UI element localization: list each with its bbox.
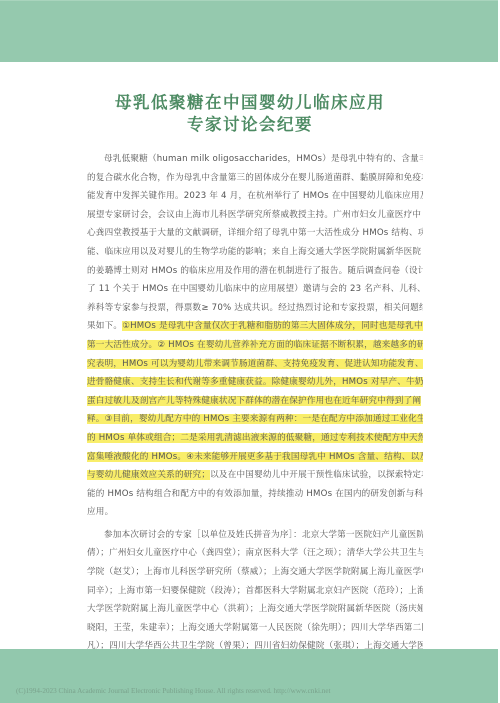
text-line: 同辛）；上海市第一妇婴保健院（段涛）；首都医科大学附属北京妇产医院（范玲）；上海… — [87, 582, 423, 601]
text-line: 应用。 — [87, 503, 423, 522]
text-line: 进骨骼健康、支持生长和代谢等多重健康获益。除健康婴幼儿外，HMOs 对早产、牛奶 — [87, 373, 423, 392]
text-line: 能发育中发挥关键作用。2023 年 4 月，在杭州举行了 HMOs 在中国婴幼儿… — [87, 187, 423, 206]
text-span: 能的 HMOs 结构组合和配方中的有效添加量，持续推动 HMOs 在国内的研发创… — [87, 489, 423, 499]
article-body: 母乳低聚糖（human milk oligosaccharides，HMOs）是… — [87, 150, 423, 693]
text-line: 学院（赵艾）；上海市儿科医学研究所（蔡威）；上海交通大学医学院附属上海儿童医学中… — [87, 563, 423, 582]
text-span: 母乳低聚糖（human milk oligosaccharides，HMOs）是… — [104, 154, 423, 164]
copyright-notice: (C)1994-2023 China Academic Journal Elec… — [16, 687, 331, 695]
text-line: 晓阳，王莹，朱建幸）；上海交通大学附属第一人民医院（徐先明）；四川大学华西第二医… — [87, 619, 423, 638]
text-line: 大学医学院附属上海儿童医学中心（洪莉）；上海交通大学医学院附属新华医院（汤庆娅，… — [87, 600, 423, 619]
text-line: 释。③目前，婴幼儿配方中的 HMOs 主要来源有两种：一是在配方中添加通过工业化… — [87, 410, 423, 429]
text-span: 的姜璐博士则对 HMOs 的临床应用及作用的潜在机制进行了报告。随后调查问卷（设… — [87, 266, 423, 276]
text-span: 了 11 个关于 HMOs 在中国婴幼儿临床中的应用展望）邀请与会的 23 名产… — [87, 284, 423, 294]
highlighted-text: 富集唾液酸化的 HMOs。④未来能够开展更多基于我国母乳中 HMOs 含量、结构… — [87, 452, 423, 462]
highlighted-text: 第一大活性成分。② HMOs 在婴幼儿营养补充方面的临床证据不断积累，越来越多的… — [87, 340, 423, 350]
highlighted-text: 究表明，HMOs 可以为婴幼儿带来调节肠道菌群、支持免疫发育、促进认知功能发育、… — [87, 359, 423, 369]
header-band — [0, 0, 498, 62]
text-line: 的姜璐博士则对 HMOs 的临床应用及作用的潜在机制进行了报告。随后调查问卷（设… — [87, 262, 423, 281]
paragraph-intro: 母乳低聚糖（human milk oligosaccharides，HMOs）是… — [87, 150, 423, 522]
text-span: 能发育中发挥关键作用。2023 年 4 月，在杭州举行了 HMOs 在中国婴幼儿… — [87, 191, 423, 201]
text-line: 养科等专家参与投票，得票数≥ 70% 达成共识。经过热烈讨论和专家投票，相关问题… — [87, 299, 423, 318]
highlighted-text: 的 HMOs 单体或组合；二是采用乳清滤出液来源的低聚糖，通过专利技术使配方中天… — [87, 433, 423, 443]
highlighted-text: 进骨骼健康、支持生长和代谢等多重健康获益。除健康婴幼儿外，HMOs 对早产、牛奶 — [87, 377, 423, 387]
text-span: 能、临床应用以及对婴儿的生物学功能的影响；来自上海交通大学医学院附属新华医院 — [87, 247, 421, 257]
footer-band: (C)1994-2023 China Academic Journal Elec… — [0, 649, 498, 703]
text-line: 果如下。①HMOs 是母乳中含量仅次于乳糖和脂肪的第三大固体成分，同时也是母乳中 — [87, 317, 423, 336]
text-line: 能的 HMOs 结构组合和配方中的有效添加量，持续推动 HMOs 在国内的研发创… — [87, 485, 423, 504]
text-line: 了 11 个关于 HMOs 在中国婴幼儿临床中的应用展望）邀请与会的 23 名产… — [87, 280, 423, 299]
text-line: 的复合碳水化合物，作为母乳中含量第三的固体成分在婴儿肠道菌群、黏膜屏障和免疫功 — [87, 169, 423, 188]
text-line: 蛋白过敏儿及剖宫产儿等特殊健康状况下群体的潜在保护作用也在近年研究中得到了阐 — [87, 392, 423, 411]
text-span: 养科等专家参与投票，得票数≥ 70% 达成共识。经过热烈讨论和专家投票，相关问题… — [87, 303, 423, 313]
page-title: 母乳低聚糖在中国婴幼儿临床应用 — [0, 89, 500, 113]
text-line: 富集唾液酸化的 HMOs。④未来能够开展更多基于我国母乳中 HMOs 含量、结构… — [87, 448, 423, 467]
text-line: 的 HMOs 单体或组合；二是采用乳清滤出液来源的低聚糖，通过专利技术使配方中天… — [87, 429, 423, 448]
text-line: 心龚四堂教授基于大量的文献调研，详细介绍了母乳中第一大活性成分 HMOs 结构、… — [87, 224, 423, 243]
highlighted-text: ①HMOs 是母乳中含量仅次于乳糖和脂肪的第三大固体成分，同时也是母乳中 — [122, 321, 423, 331]
text-span: 应用。 — [87, 507, 113, 517]
text-span: 果如下。 — [87, 321, 122, 331]
text-line: 第一大活性成分。② HMOs 在婴幼儿营养补充方面的临床证据不断积累，越来越多的… — [87, 336, 423, 355]
highlighted-text: 与婴幼儿健康效应关系的研究； — [87, 470, 210, 480]
text-line: 展望专家研讨会，会议由上海市儿科医学研究所蔡威教授主持。广州市妇女儿童医疗中 — [87, 206, 423, 225]
text-span: 的复合碳水化合物，作为母乳中含量第三的固体成分在婴儿肠道菌群、黏膜屏障和免疫功 — [87, 173, 423, 183]
text-line: 参加本次研讨会的专家［以单位及姓氏拼音为序］：北京大学第一医院妇产儿童医院（陈 — [87, 526, 423, 545]
text-span: 以及在中国婴幼儿中开展干预性临床试验，以探索特定功 — [210, 470, 423, 480]
text-span: 展望专家研讨会，会议由上海市儿科医学研究所蔡威教授主持。广州市妇女儿童医疗中 — [87, 210, 421, 220]
page-subtitle: 专家讨论会纪要 — [0, 111, 500, 135]
text-line: 母乳低聚糖（human milk oligosaccharides，HMOs）是… — [87, 150, 423, 169]
text-line: 究表明，HMOs 可以为婴幼儿带来调节肠道菌群、支持免疫发育、促进认知功能发育、… — [87, 355, 423, 374]
text-line: 能、临床应用以及对婴儿的生物学功能的影响；来自上海交通大学医学院附属新华医院 — [87, 243, 423, 262]
text-line: 与婴幼儿健康效应关系的研究；以及在中国婴幼儿中开展干预性临床试验，以探索特定功 — [87, 466, 423, 485]
text-span: 心龚四堂教授基于大量的文献调研，详细介绍了母乳中第一大活性成分 HMOs 结构、… — [87, 228, 423, 238]
text-line: 倩）；广州妇女儿童医疗中心（龚四堂）；南京医科大学（汪之顼）；清华大学公共卫生与… — [87, 544, 423, 563]
highlighted-text: 释。③目前，婴幼儿配方中的 HMOs 主要来源有两种：一是在配方中添加通过工业化… — [87, 414, 423, 424]
highlighted-text: 蛋白过敏儿及剖宫产儿等特殊健康状况下群体的潜在保护作用也在近年研究中得到了阐 — [87, 396, 421, 406]
